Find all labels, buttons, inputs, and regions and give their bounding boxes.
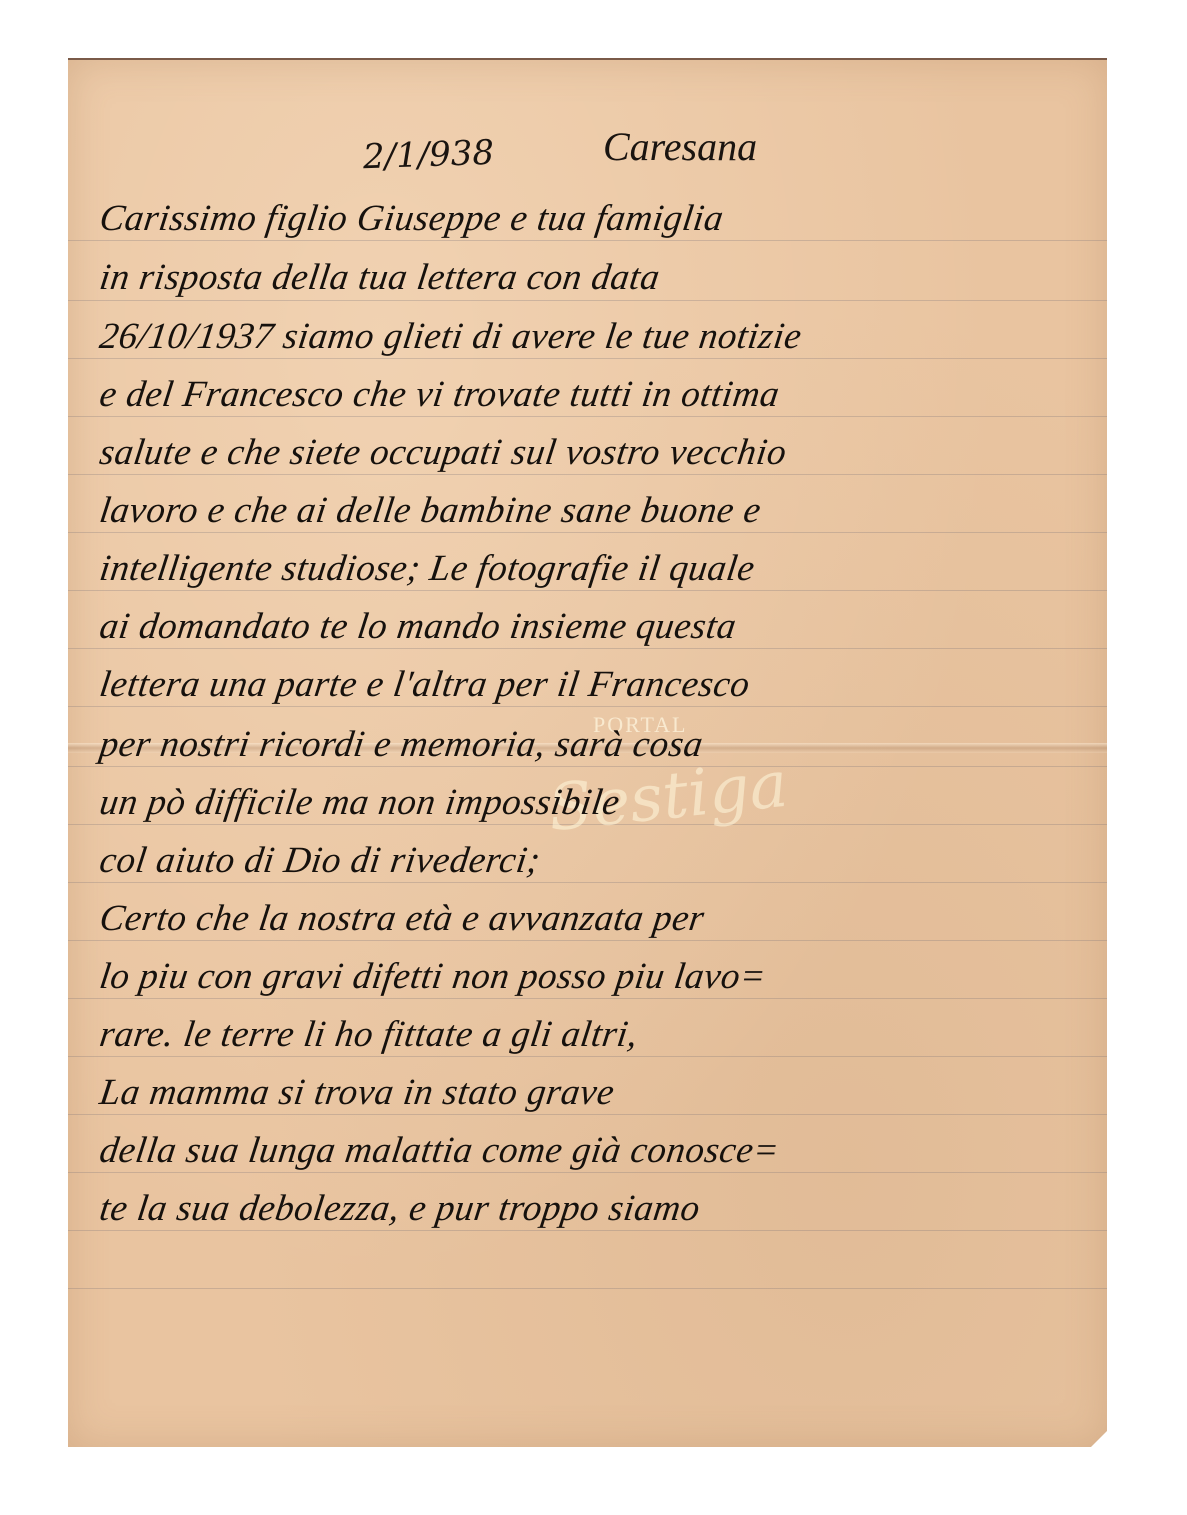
letter-line: e del Francesco che vi trovate tutti in … [97, 373, 1103, 416]
letter-line: intelligente studiose; Le fotografie il … [97, 547, 1103, 590]
letter-line: lavoro e che ai delle bambine sane buone… [97, 489, 1103, 532]
letter-line: 26/10/1937 siamo glieti di avere le tue … [97, 315, 1103, 358]
ruled-line [68, 358, 1107, 359]
ruled-line [68, 1230, 1107, 1231]
ruled-line [68, 590, 1107, 591]
ruled-line [68, 1114, 1107, 1115]
letter-paper: PORTAL Sestiga 2/1/938 Caresana Carissim… [68, 58, 1107, 1447]
ruled-line [68, 882, 1107, 883]
letter-line: salute e che siete occupati sul vostro v… [97, 431, 1103, 474]
letter-place: Caresana [603, 123, 757, 170]
ruled-line [68, 766, 1107, 767]
ruled-line [68, 1288, 1107, 1289]
letter-line: Certo che la nostra età e avvanzata per [97, 897, 1103, 940]
letter-date: 2/1/938 [362, 133, 494, 178]
letter-line: un pò difficile ma non impossibile [97, 781, 1103, 824]
ruled-line [68, 300, 1107, 301]
ruled-line [68, 532, 1107, 533]
letter-line: lo piu con gravi difetti non posso piu l… [97, 955, 1103, 998]
letter-line: della sua lunga malattia come già conosc… [97, 1129, 1103, 1172]
letter-header: 2/1/938 Caresana [68, 107, 1107, 177]
letter-line: ai domandato te lo mando insieme questa [97, 605, 1103, 648]
ruled-line [68, 998, 1107, 999]
ruled-line [68, 1056, 1107, 1057]
letter-line: col aiuto di Dio di rivederci; [97, 839, 1103, 882]
ruled-line [68, 940, 1107, 941]
letter-line: Carissimo figlio Giuseppe e tua famiglia [97, 197, 1103, 240]
letter-line: in risposta della tua lettera con data [97, 256, 1103, 299]
letter-line: per nostri ricordi e memoria, sarà cosa [97, 723, 1103, 766]
ruled-line [68, 706, 1107, 707]
ruled-line [68, 1172, 1107, 1173]
ruled-line [68, 240, 1107, 241]
ruled-line [68, 474, 1107, 475]
letter-line: te la sua debolezza, e pur troppo siamo [97, 1187, 1103, 1230]
letter-line: La mamma si trova in stato grave [97, 1071, 1103, 1114]
ruled-line [68, 648, 1107, 649]
letter-line: rare. le terre li ho fittate a gli altri… [97, 1013, 1103, 1056]
ruled-line [68, 416, 1107, 417]
letter-line: lettera una parte e l'altra per il Franc… [97, 663, 1103, 706]
